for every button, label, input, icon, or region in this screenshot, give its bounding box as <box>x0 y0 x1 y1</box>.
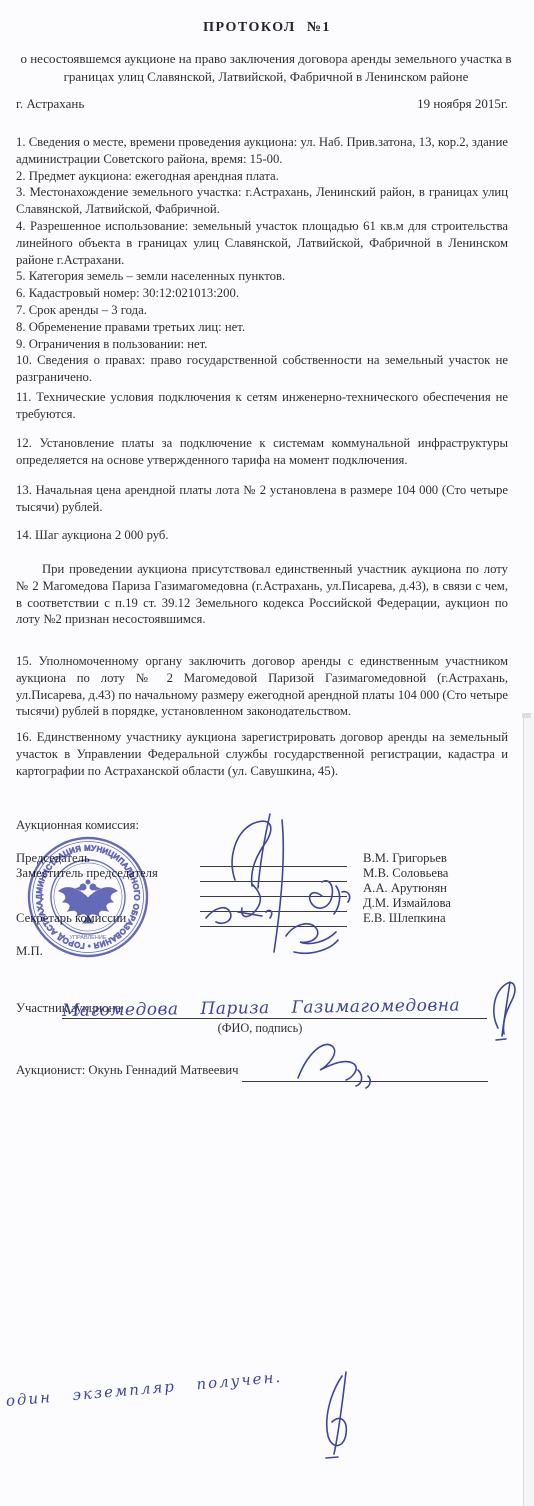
fio-signature-caption: (ФИО, подпись) <box>150 1021 370 1036</box>
item-5: 5. Категория земель – земли населенных п… <box>16 268 508 285</box>
auction-details-list: 1. Сведения о месте, времени проведения … <box>16 134 508 386</box>
item-8: 8. Обременение правами третьих лиц: нет. <box>16 319 508 336</box>
item-12: 12. Установление платы за подключение к … <box>16 435 508 469</box>
document-date: 19 ноября 2015г. <box>417 96 508 112</box>
sole-participant-paragraph: При проведении аукциона присутствовал ед… <box>16 561 508 628</box>
scan-edge-shade <box>524 713 534 1506</box>
participant-signature <box>480 978 524 1042</box>
document-subtitle: о несостоявшемся аукционе на право заклю… <box>20 50 512 86</box>
item-11: 11. Технические условия подключения к се… <box>16 389 508 423</box>
auctioneer-label: Аукционист: Окунь Геннадий Матвеевич <box>16 1063 239 1078</box>
official-round-stamp-icon: АДМИНИСТРАЦИЯ МУНИЦИПАЛЬНОГО ОБРАЗОВАНИЯ… <box>25 834 151 960</box>
scan-edge-notch <box>522 713 531 718</box>
auctioneer-signature <box>280 1036 400 1088</box>
item-13: 13. Начальная цена арендной платы лота №… <box>16 482 508 516</box>
receipt-signature <box>312 1366 364 1464</box>
document-city: г. Астрахань <box>16 96 84 111</box>
item-7: 7. Срок аренды – 3 года. <box>16 302 508 319</box>
document-title: ПРОТОКОЛ №1 <box>0 20 534 36</box>
item-15: 15. Уполномоченному органу заключить дог… <box>16 653 508 720</box>
item-2: 2. Предмет аукциона: ежегодная арендная … <box>16 168 508 185</box>
item-9: 9. Ограничения в пользовании: нет. <box>16 336 508 353</box>
scan-edge-line <box>523 713 524 1506</box>
item-16: 16. Единственному участнику аукциона зар… <box>16 729 508 779</box>
item-4: 4. Разрешенное использование: земельный … <box>16 218 508 268</box>
commission-heading: Аукционная комиссия: <box>16 818 139 833</box>
handwritten-receipt-note: один экземпляр получен. <box>5 1368 283 1410</box>
item-1: 1. Сведения о месте, времени проведения … <box>16 134 508 168</box>
commission-signatures <box>190 800 380 970</box>
city-date-row: 19 ноября 2015г. г. Астрахань <box>16 96 508 112</box>
item-3: 3. Местонахождение земельного участка: г… <box>16 184 508 218</box>
item-14: 14. Шаг аукциона 2 000 руб. <box>16 527 508 544</box>
item-10: 10. Сведения о правах: право государстве… <box>16 352 508 386</box>
double-eagle-icon <box>59 880 117 923</box>
item-6: 6. Кадастровый номер: 30:12:021013:200. <box>16 285 508 302</box>
stamp-inner-text: УПРАВЛЕНИЕ <box>70 935 107 941</box>
document-page: ПРОТОКОЛ №1 о несостоявшемся аукционе на… <box>0 0 534 1506</box>
